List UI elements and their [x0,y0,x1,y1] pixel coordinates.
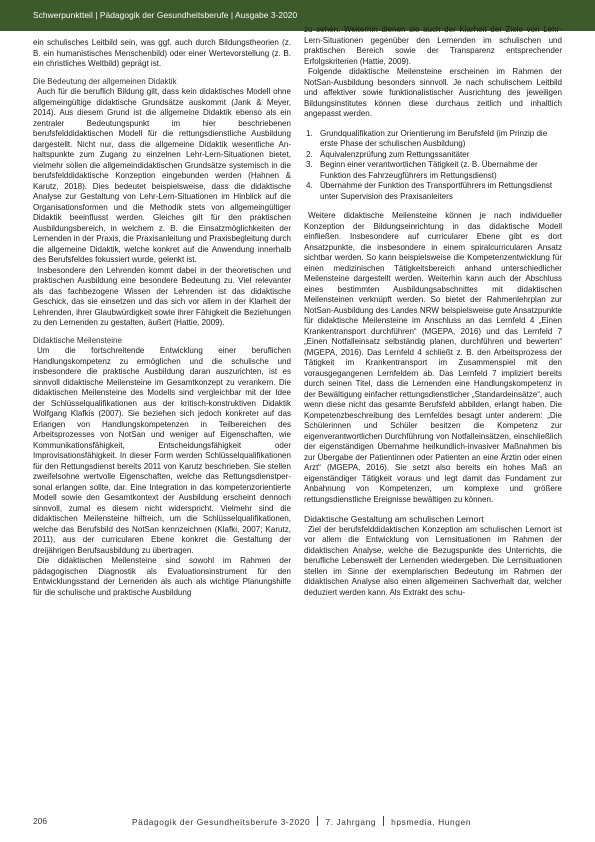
list-item: 2.Äquivalenzprüfung zum Rettungssanitäte… [304,150,562,161]
paragraph: zu sehen. Weiterhin dienen sie auch der … [304,25,562,67]
paragraph: Ziel der berufsfelddidaktischen Konzepti… [304,525,562,599]
milestone-list: 1.Grundqualifikation zur Orientierung im… [304,129,562,203]
journal-title: Pädagogik der Gesundheitsberufe 3-2020 [132,817,310,827]
volume: 7. Jahrgang [325,817,376,827]
list-item-text: Übernahme der Funktion des Transportführ… [320,181,552,201]
paragraph: Weitere didaktische Meilensteine können … [304,211,562,505]
footer-journal-info: Pädagogik der Gesundheitsberufe 3-20207.… [132,816,471,827]
list-item-text: Äquivalenzprüfung zum Rettungssanitäter [320,150,469,159]
list-item-text: Beginn einer verantwortlichen Tätigkeit … [320,160,538,180]
paragraph: ein schulisches Leitbild sein, was ggf. … [33,38,291,70]
list-number: 2. [306,150,313,161]
running-header-text: Schwerpunktteil | Pädagogik der Gesundhe… [33,10,297,20]
list-number: 1. [306,129,313,140]
separator [317,816,318,826]
paragraph: Folgende didaktische Meilensteine ersche… [304,67,562,120]
list-item: 4.Übernahme der Funktion des Transportfü… [304,181,562,202]
section-heading-allgemeine-didaktik: Die Bedeutung der allgemeinen Didaktik [33,77,291,88]
paragraph: Um die fortschreitende Entwicklung einer… [33,346,291,556]
right-column: zu sehen. Weiterhin dienen sie auch der … [304,25,562,598]
paragraph: Insbesondere den Lehrenden kommt dabei i… [33,266,291,329]
list-number: 4. [306,181,313,192]
list-item: 1.Grundqualifikation zur Orientierung im… [304,129,562,150]
list-item-text: Grundqualifikation zur Orientierung im B… [320,129,547,149]
publisher: hpsmedia, Hungen [391,817,471,827]
paragraph: Auch für die beruflich Bildung gilt, das… [33,87,291,266]
section-heading-didaktische-meilensteine: Didaktische Meilensteine [33,336,291,347]
list-number: 3. [306,160,313,171]
page-footer: 206 Pädagogik der Gesundheitsberufe 3-20… [0,816,595,830]
page-number: 206 [33,816,47,826]
paragraph: Die didaktischen Meilensteine sind sowoh… [33,556,291,598]
separator [383,816,384,826]
list-item: 3.Beginn einer verantwortlichen Tätigkei… [304,160,562,181]
section-heading-schulischer-lernort: Didaktische Gestaltung am schulischen Le… [304,514,562,525]
left-column: ein schulisches Leitbild sein, was ggf. … [33,38,291,598]
